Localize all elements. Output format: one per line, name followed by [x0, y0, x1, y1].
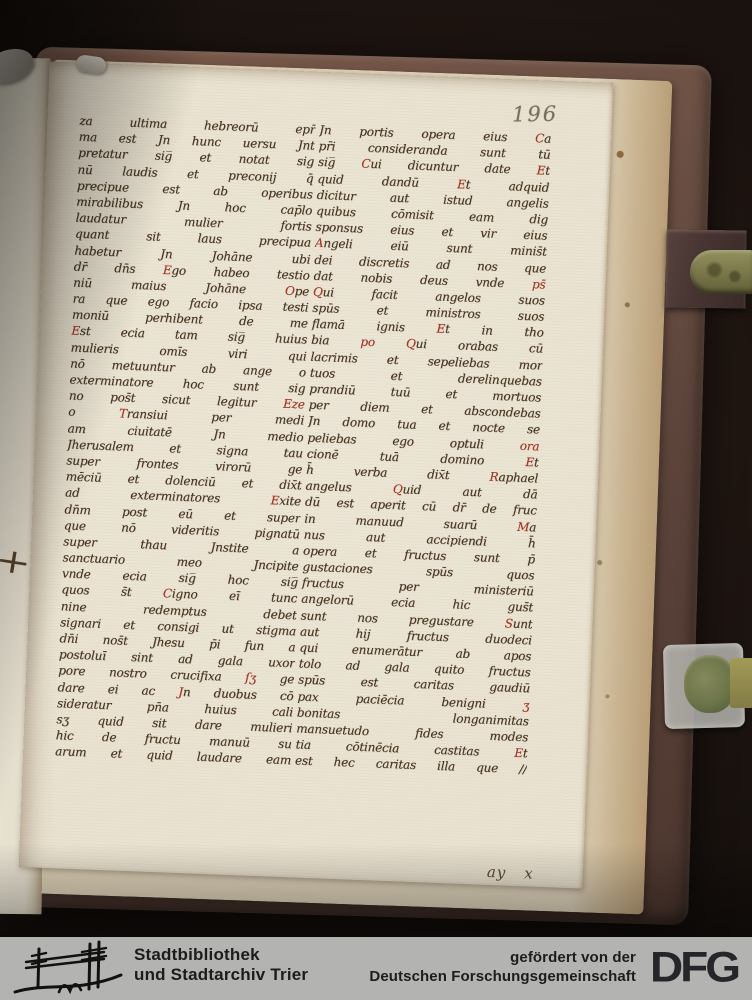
- dfg-logo: DFG: [642, 943, 746, 991]
- manuscript-photo: 196 za ultima hebreorū epr̄ma est Jn hun…: [0, 0, 752, 937]
- bridge-logo-icon: [12, 940, 124, 997]
- footer-banner: Stadtbibliothek und Stadtarchiv Trier ge…: [0, 937, 752, 1000]
- funding-line1: gefördert von der: [369, 948, 636, 967]
- library-name: Stadtbibliothek und Stadtarchiv Trier: [134, 945, 308, 985]
- funding-credit: gefördert von der Deutschen Forschungsge…: [369, 948, 636, 986]
- photo-vignette: [0, 0, 752, 937]
- funding-line2: Deutschen Forschungsgemeinschaft: [369, 967, 636, 986]
- digitized-manuscript-scan: 196 za ultima hebreorū epr̄ma est Jn hun…: [0, 0, 752, 1000]
- library-name-line2: und Stadtarchiv Trier: [134, 965, 308, 985]
- library-name-line1: Stadtbibliothek: [134, 945, 308, 965]
